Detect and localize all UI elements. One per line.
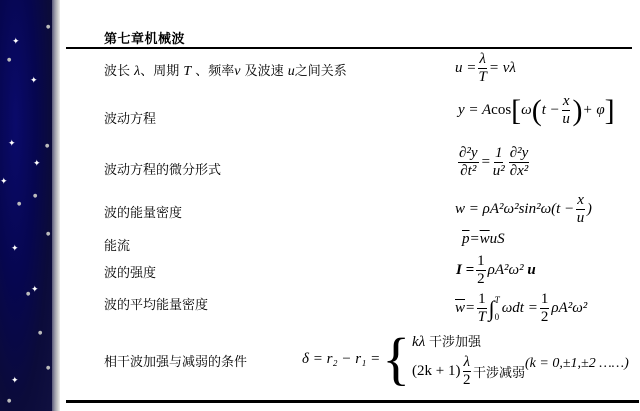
sidebar-edge xyxy=(52,0,60,411)
label-average-energy-density: 波的平均能量密度 xyxy=(104,294,208,313)
star-icon: ● xyxy=(46,364,50,373)
label-differential-form: 波动方程的微分形式 xyxy=(104,159,221,178)
paren: ) xyxy=(587,201,592,218)
formula-differential: ∂²y∂t² = 1u² ∂²y∂x² xyxy=(456,146,531,179)
cases: kλ 干涉加强 (2k + 1) λ2 干涉减弱 (k = 0,±1,±2 ……… xyxy=(412,331,629,388)
formula-average-energy-density: w = 1T ∫ T0 ωdt = 12 ρA²ω² xyxy=(455,292,587,325)
label-wave-equation: 波动方程 xyxy=(104,108,156,127)
chapter-title: 第七章机械波 xyxy=(104,28,185,47)
fraction: 1u² xyxy=(493,146,505,179)
formula-term: t − xyxy=(542,102,560,119)
label-text: 之间关系 xyxy=(295,64,347,79)
formula-term: + φ xyxy=(582,102,604,119)
formula-wave-speed: u = λT = νλ xyxy=(455,52,516,85)
fraction: xu xyxy=(562,94,571,127)
star-icon: ✦ xyxy=(11,245,19,254)
star-icon: ● xyxy=(46,23,50,32)
case-expr: (2k + 1) xyxy=(412,363,460,380)
fraction: 12 xyxy=(540,292,550,325)
formula-term: ρA²ω² xyxy=(551,300,587,317)
label-wave-relation: 波长 λ、周期 T 、频率ν 及波速 u之间关系 xyxy=(104,60,347,80)
paren: ) xyxy=(572,96,582,126)
star-icon: ● xyxy=(33,192,37,201)
star-icon: ● xyxy=(45,142,49,151)
label-text: 、频率 xyxy=(191,64,234,79)
denominator: u xyxy=(577,210,585,226)
fraction: ∂²y∂x² xyxy=(509,146,530,179)
numerator: ∂²y xyxy=(458,146,479,163)
fraction: xu xyxy=(576,193,585,226)
bottom-rule xyxy=(66,400,639,403)
formula-term: ρA²ω² xyxy=(488,262,524,279)
label-interference-condition: 相干波加强与减弱的条件 xyxy=(104,351,247,370)
avg-p: p xyxy=(462,231,470,248)
formula-lhs: I = xyxy=(456,262,474,279)
paren: ( xyxy=(532,96,542,126)
denominator: T xyxy=(478,69,486,85)
case-expr: kλ xyxy=(412,334,425,350)
numerator: 1 xyxy=(477,292,487,309)
left-brace: { xyxy=(382,330,410,388)
formula-lhs: u = xyxy=(455,60,476,77)
formula-lhs: y = A xyxy=(458,102,491,119)
numerator: ∂²y xyxy=(509,146,530,163)
speed-symbol: u xyxy=(288,64,295,79)
bracket: ] xyxy=(605,96,615,126)
denominator: u² xyxy=(493,163,505,179)
period-symbol: T xyxy=(183,64,191,79)
fraction: ∂²y∂t² xyxy=(458,146,479,179)
lower-limit: 0 xyxy=(495,313,500,322)
numerator: λ xyxy=(463,355,472,372)
star-icon: ● xyxy=(7,397,11,406)
formula-energy-flow: p = wuS xyxy=(462,231,505,248)
case-text: 干涉加强 xyxy=(429,335,481,350)
numerator: 1 xyxy=(476,254,486,271)
formula-lhs: w = ρA²ω²sin²ω(t − xyxy=(455,201,574,218)
star-icon: ● xyxy=(17,200,21,209)
star-icon: ● xyxy=(26,290,30,299)
star-icon: ✦ xyxy=(33,160,41,169)
star-icon: ✦ xyxy=(30,77,38,86)
fraction: λ2 xyxy=(463,355,472,388)
label-text: 波长 xyxy=(104,64,134,79)
formula-interference: δ = r₂ − r₁ = { kλ 干涉加强 (2k + 1) λ2 干涉减弱… xyxy=(302,330,629,388)
formula-lhs: δ = r₂ − r₁ = xyxy=(302,351,380,368)
star-icon: ✦ xyxy=(0,178,8,187)
label-intensity: 波的强度 xyxy=(104,262,156,281)
upper-limit: T xyxy=(495,296,500,305)
denominator: ∂x² xyxy=(510,163,529,179)
denominator: T xyxy=(478,309,486,325)
star-icon: ● xyxy=(7,56,11,65)
formula-term: uS xyxy=(490,231,505,248)
formula-wave-equation: y = Acos [ ω ( t − xu ) + φ ] xyxy=(458,94,615,127)
fraction: λT xyxy=(478,52,487,85)
formula-energy-density: w = ρA²ω²sin²ω(t − xu ) xyxy=(455,193,592,226)
formula-term: ωdt = xyxy=(502,300,538,317)
star-icon: ✦ xyxy=(12,38,20,47)
case-destructive: (2k + 1) λ2 干涉减弱 (k = 0,±1,±2 ……) xyxy=(412,355,629,388)
numerator: λ xyxy=(478,52,487,69)
numerator: 1 xyxy=(540,292,550,309)
numerator: 1 xyxy=(494,146,504,163)
denominator: 2 xyxy=(477,271,485,287)
label-text: 及波速 xyxy=(241,64,288,79)
case-constructive: kλ 干涉加强 xyxy=(412,331,629,351)
star-icon: ✦ xyxy=(31,286,39,295)
omega-symbol: ω xyxy=(521,102,532,119)
starry-sidebar: ✦ ● ✦ ● ✦ ● ✦ ✦ ● ● ● ✦ ✦ ● ● ● ✦ ● xyxy=(0,0,52,411)
avg-w: w xyxy=(455,300,465,317)
star-icon: ● xyxy=(38,329,42,338)
cos-function: cos xyxy=(491,102,511,119)
equals: = xyxy=(470,231,480,248)
formula-intensity: I = 12 ρA²ω² u xyxy=(456,254,536,287)
numerator: x xyxy=(562,94,571,111)
numerator: x xyxy=(576,193,585,210)
speed-vector: u xyxy=(527,262,535,279)
equals: = xyxy=(465,300,475,317)
denominator: 2 xyxy=(541,309,549,325)
equals: = xyxy=(481,154,491,171)
denominator: ∂t² xyxy=(460,163,476,179)
star-icon: ● xyxy=(46,230,50,239)
denominator: 2 xyxy=(463,372,471,388)
label-energy-density: 波的能量密度 xyxy=(104,202,182,221)
fraction: 12 xyxy=(476,254,486,287)
case-text: 干涉减弱 xyxy=(473,362,525,381)
top-rule xyxy=(66,47,632,49)
fraction: 1T xyxy=(477,292,487,325)
star-icon: ✦ xyxy=(11,377,19,386)
integral-limits: T0 xyxy=(495,296,500,322)
denominator: u xyxy=(562,111,570,127)
star-icon: ✦ xyxy=(8,140,16,149)
bracket: [ xyxy=(511,96,521,126)
label-energy-flow: 能流 xyxy=(104,235,130,254)
formula-rhs: = νλ xyxy=(489,60,516,77)
k-range: (k = 0,±1,±2 ……) xyxy=(525,356,629,372)
avg-w: w xyxy=(480,231,490,248)
label-text: 、周期 xyxy=(140,64,183,79)
